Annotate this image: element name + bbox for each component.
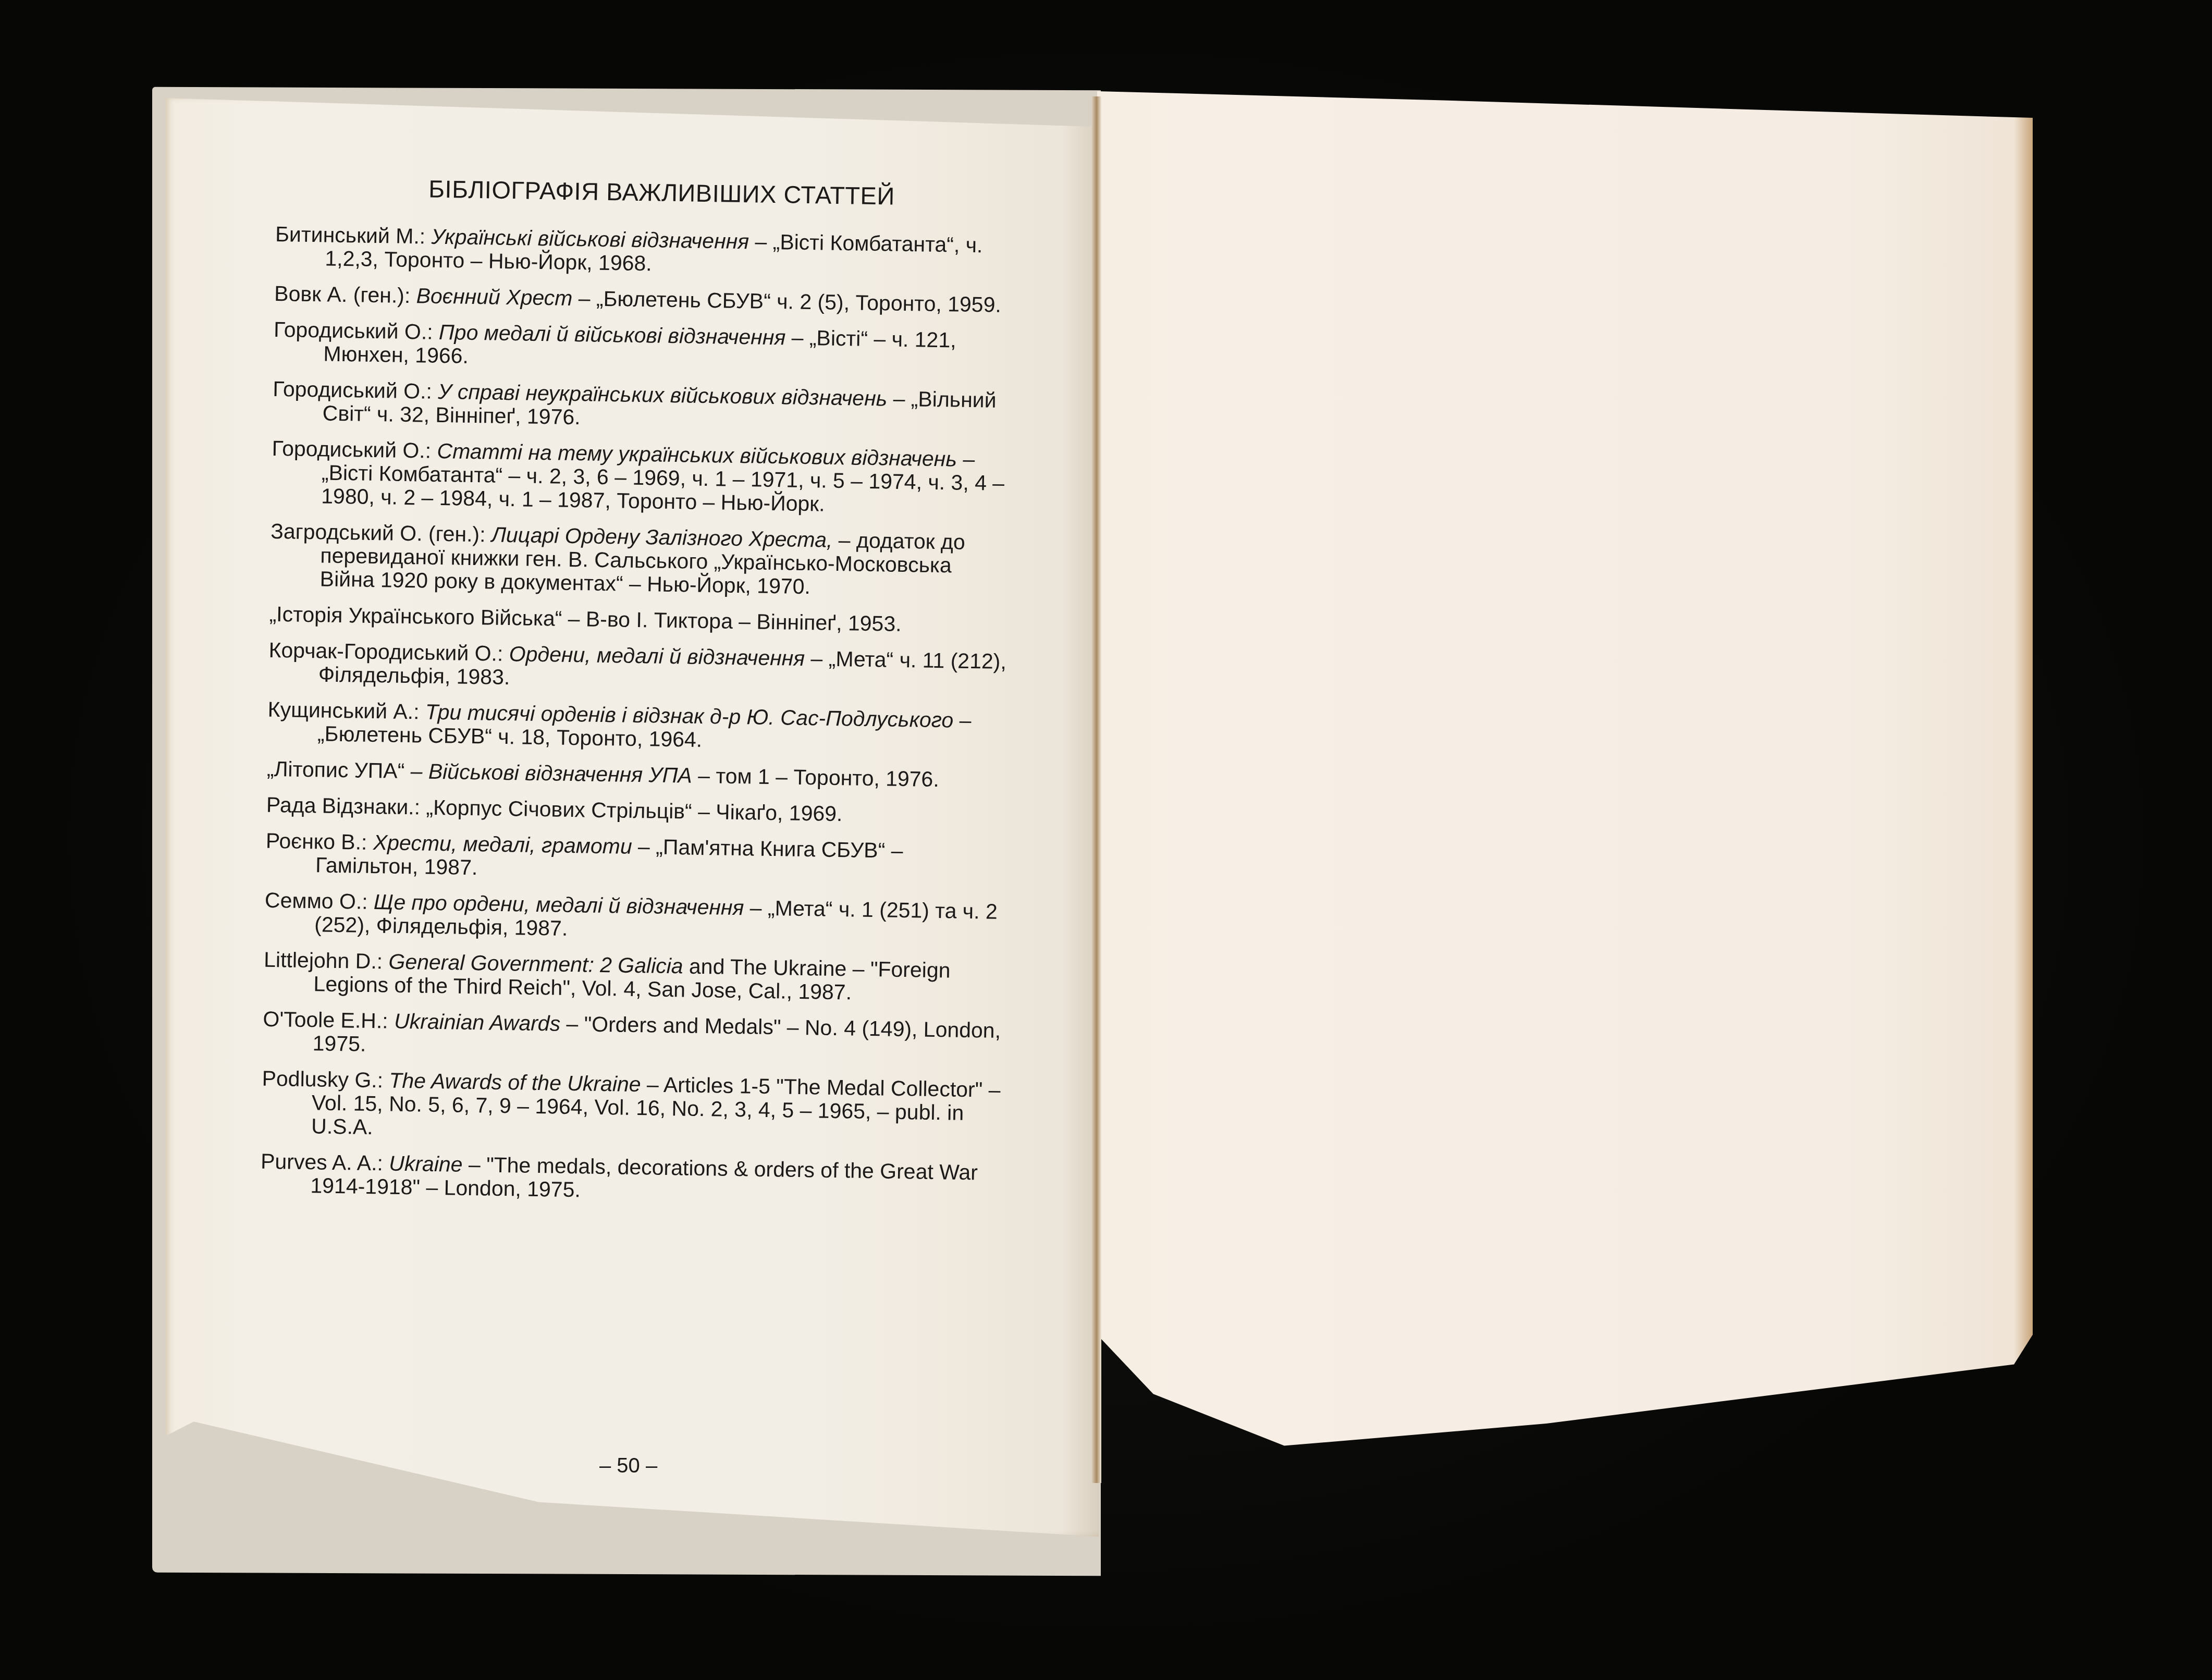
entry-title: Ордени, медалі й відзначення	[509, 642, 805, 670]
bibliography-entry: Городиський О.: Статті на тему українськ…	[271, 437, 1012, 519]
bibliography-entry: Загродський О. (ген.): Лицарі Ордену Зал…	[269, 520, 1011, 602]
entry-author: Городиський О.:	[274, 317, 433, 344]
entry-author: Семмо О.:	[265, 888, 368, 914]
bibliography-entry: Кущинський А.: Три тисячі орденів і відз…	[267, 698, 1008, 756]
entry-author: Битинський М.:	[275, 222, 426, 249]
entry-title: – Військові відзначення УПА	[410, 759, 692, 787]
bibliography-entry: Роєнко В.: Хрести, медалі, грамоти – „Па…	[265, 829, 1006, 888]
bibliography-entry: Littlejohn D.: General Government: 2 Gal…	[263, 948, 1004, 1007]
bibliography-entry: Вовк А. (ген.): Воєнний Хрест – „Бюлетен…	[274, 282, 1015, 317]
bibliography-entry: Городиський О.: Про медалі й військові в…	[273, 318, 1014, 376]
entry-title: Ukrainian Awards	[394, 1009, 561, 1036]
bibliography-list: Битинський М.: Українські військові відз…	[260, 223, 1015, 1208]
entry-author: Кущинський А.:	[267, 697, 419, 724]
entry-author: Корчак-Городиський О.:	[268, 638, 503, 666]
bibliography-entry: Семмо О.: Ще про ордени, медалі й відзна…	[264, 889, 1005, 947]
bibliography-entry: Городиський О.: У справі неукраїнських в…	[272, 377, 1013, 436]
bibliography-entry: Битинський М.: Українські військові відз…	[275, 223, 1015, 281]
bibliography-section: БІБЛІОГРАФІЯ ВАЖЛИВІШИХ СТАТТЕЙ Битинськ…	[260, 172, 1016, 1221]
entry-details: – „Бюлетень СБУВ“ ч. 2 (5), Торонто, 195…	[572, 286, 1001, 317]
entry-author: Вовк А. (ген.):	[274, 281, 411, 308]
entry-author: Рада Відзнаки.:	[266, 793, 421, 819]
entry-author: „Літопис УПА“	[267, 757, 405, 783]
bibliography-entry: Корчак-Городиський О.: Ордени, медалі й …	[268, 639, 1009, 697]
entry-details: – том 1 – Торонто, 1976.	[692, 764, 939, 791]
page-number: – 50 –	[599, 1454, 657, 1478]
entry-author: Городиський О.:	[273, 377, 432, 403]
right-page	[1097, 91, 2033, 1572]
entry-details: – В-во І. Тиктора – Вінніпеґ, 1953.	[568, 607, 901, 636]
bibliography-entry: „Історія Українського Війська“ – В-во І.…	[269, 603, 1010, 637]
entry-author: Роєнко В.:	[265, 829, 367, 854]
entry-title: Воєнний Хрест	[416, 284, 572, 310]
bibliography-entry: Podlusky G.: The Awards of the Ukraine –…	[261, 1067, 1002, 1149]
entry-title: Ukraine	[389, 1151, 463, 1176]
bibliography-entry: O'Toole E.H.: Ukrainian Awards – "Orders…	[262, 1008, 1003, 1066]
entry-author: „Історія Українського Війська“	[269, 602, 562, 631]
bibliography-entry: „Літопис УПА“ – Військові відзначення УП…	[267, 757, 1007, 792]
entry-author: Littlejohn D.:	[264, 948, 383, 974]
entry-author: Загродський О. (ген.):	[271, 519, 486, 546]
entry-details: „Корпус Січових Стрільців“ – Чікаґо, 196…	[426, 795, 843, 826]
book-gutter	[1092, 96, 1101, 1483]
entry-author: Podlusky G.:	[262, 1066, 383, 1093]
entry-title: Про медалі й військові відзначення	[439, 320, 786, 349]
entry-author: O'Toole E.H.:	[263, 1007, 388, 1033]
entry-author: Purves A. A.:	[261, 1149, 383, 1175]
entry-author: Городиський О.:	[272, 436, 431, 463]
bibliography-entry: Purves A. A.: Ukraine – "The medals, dec…	[260, 1150, 1001, 1208]
bibliography-entry: Рада Відзнаки.: „Корпус Січових Стрільці…	[266, 793, 1007, 828]
